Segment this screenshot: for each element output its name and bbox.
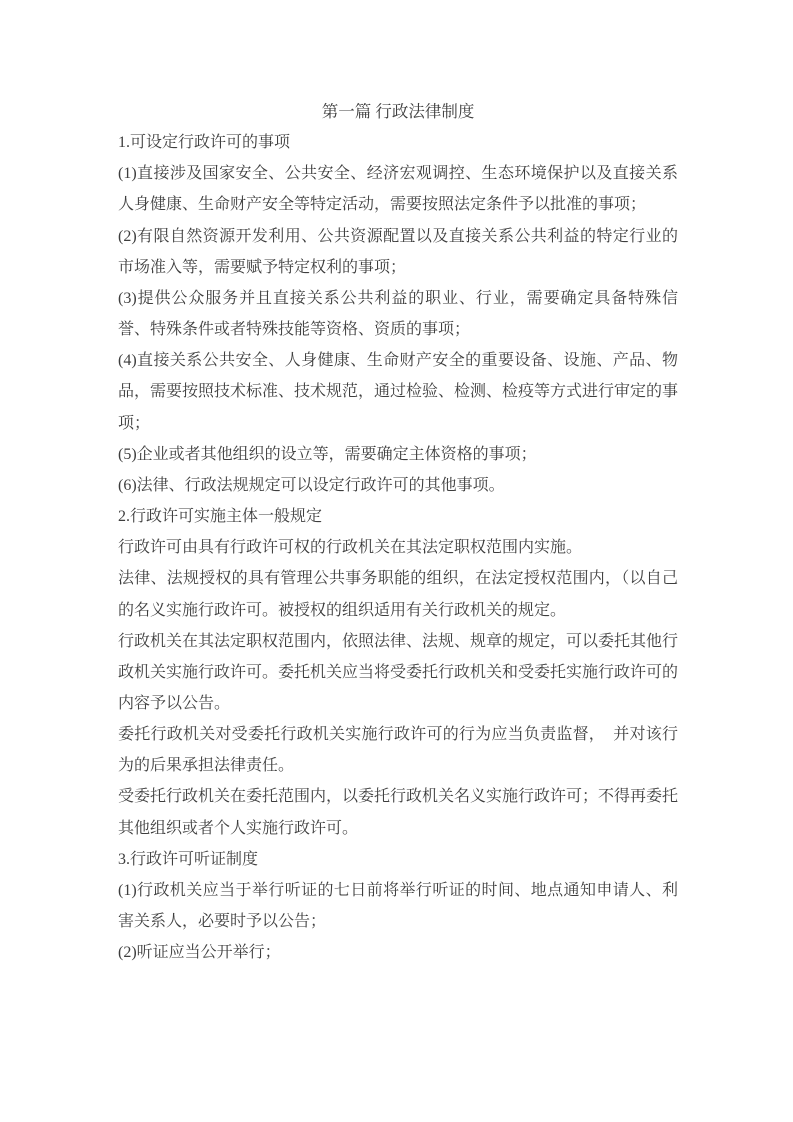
paragraph-heading-1: 1.可设定行政许可的事项 bbox=[118, 127, 678, 158]
paragraph-item-3-2: (2)听证应当公开举行； bbox=[118, 937, 678, 968]
paragraph-body-2-1: 行政许可由具有行政许可权的行政机关在其法定职权范围内实施。 bbox=[118, 532, 678, 563]
paragraph-item-1-4: (4)直接关系公共安全、人身健康、生命财产安全的重要设备、设施、产品、物品，需要… bbox=[118, 345, 678, 438]
paragraph-item-1-2: (2)有限自然资源开发利用、公共资源配置以及直接关系公共利益的特定行业的市场准入… bbox=[118, 221, 678, 283]
document-title: 第一篇 行政法律制度 bbox=[118, 96, 678, 127]
paragraph-item-1-5: (5)企业或者其他组织的设立等，需要确定主体资格的事项； bbox=[118, 439, 678, 470]
paragraph-item-1-3: (3)提供公众服务并且直接关系公共利益的职业、行业，需要确定具备特殊信誉、特殊条… bbox=[118, 283, 678, 345]
document-content: 第一篇 行政法律制度 1.可设定行政许可的事项 (1)直接涉及国家安全、公共安全… bbox=[118, 96, 678, 968]
document-page: 第一篇 行政法律制度 1.可设定行政许可的事项 (1)直接涉及国家安全、公共安全… bbox=[0, 0, 793, 1122]
paragraph-item-1-6: (6)法律、行政法规规定可以设定行政许可的其他事项。 bbox=[118, 470, 678, 501]
paragraph-body-2-5: 受委托行政机关在委托范围内，以委托行政机关名义实施行政许可；不得再委托其他组织或… bbox=[118, 781, 678, 843]
paragraph-body-2-3: 行政机关在其法定职权范围内，依照法律、法规、规章的规定，可以委托其他行政机关实施… bbox=[118, 626, 678, 719]
paragraph-body-2-4: 委托行政机关对受委托行政机关实施行政许可的行为应当负责监督， 并对该行为的后果承… bbox=[118, 719, 678, 781]
paragraph-heading-2: 2.行政许可实施主体一般规定 bbox=[118, 501, 678, 532]
paragraph-item-3-1: (1)行政机关应当于举行听证的七日前将举行听证的时间、地点通知申请人、利害关系人… bbox=[118, 875, 678, 937]
paragraph-heading-3: 3.行政许可听证制度 bbox=[118, 844, 678, 875]
paragraph-body-2-2: 法律、法规授权的具有管理公共事务职能的组织，在法定授权范围内，（以自己的名义实施… bbox=[118, 563, 678, 625]
paragraph-item-1-1: (1)直接涉及国家安全、公共安全、经济宏观调控、生态环境保护以及直接关系人身健康… bbox=[118, 158, 678, 220]
